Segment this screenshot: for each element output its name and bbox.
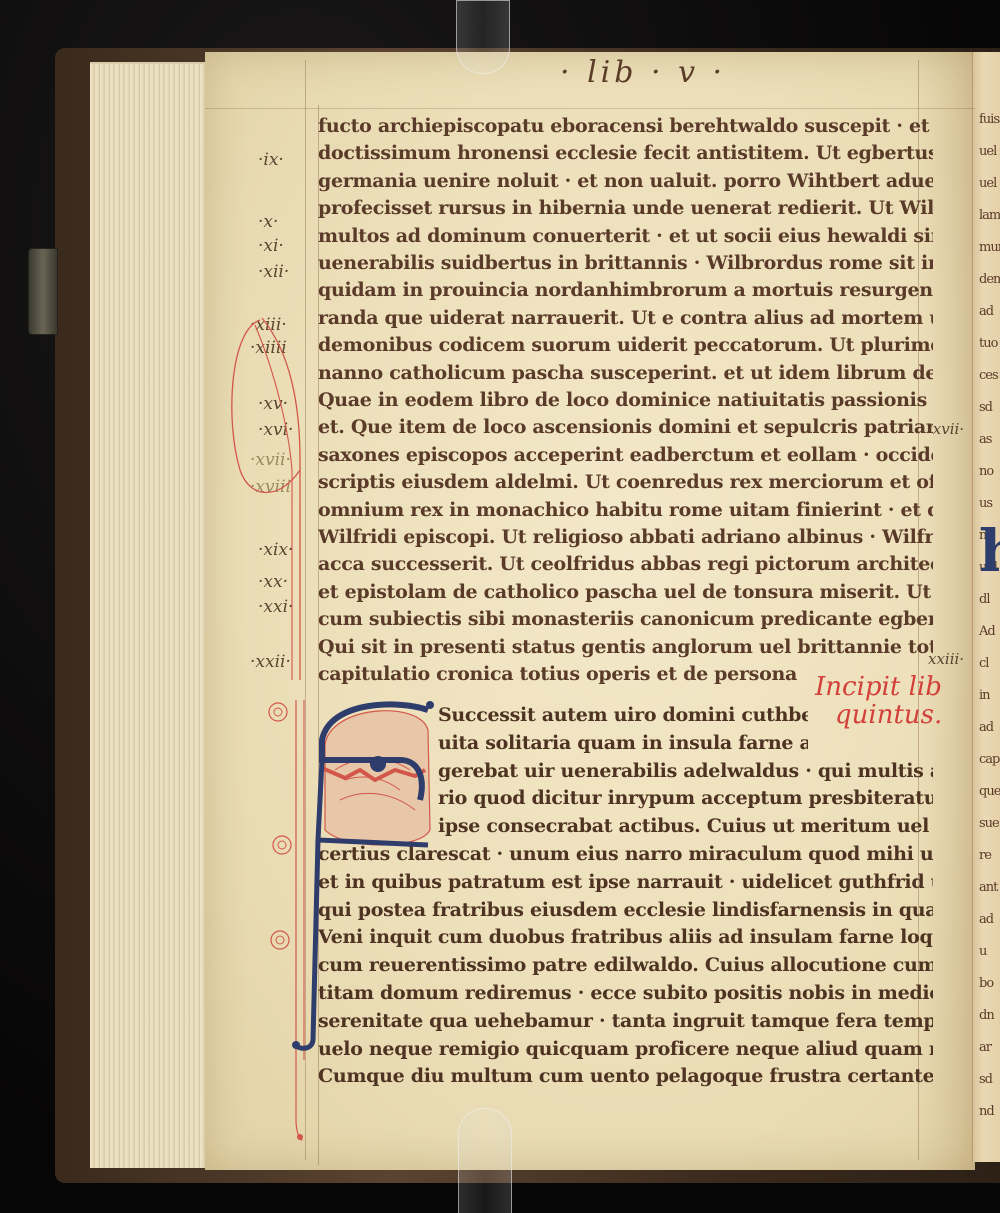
- page-clip-bottom: [458, 1108, 512, 1213]
- page-clip-top: [456, 0, 510, 74]
- decorated-initial-s: [0, 0, 1000, 1213]
